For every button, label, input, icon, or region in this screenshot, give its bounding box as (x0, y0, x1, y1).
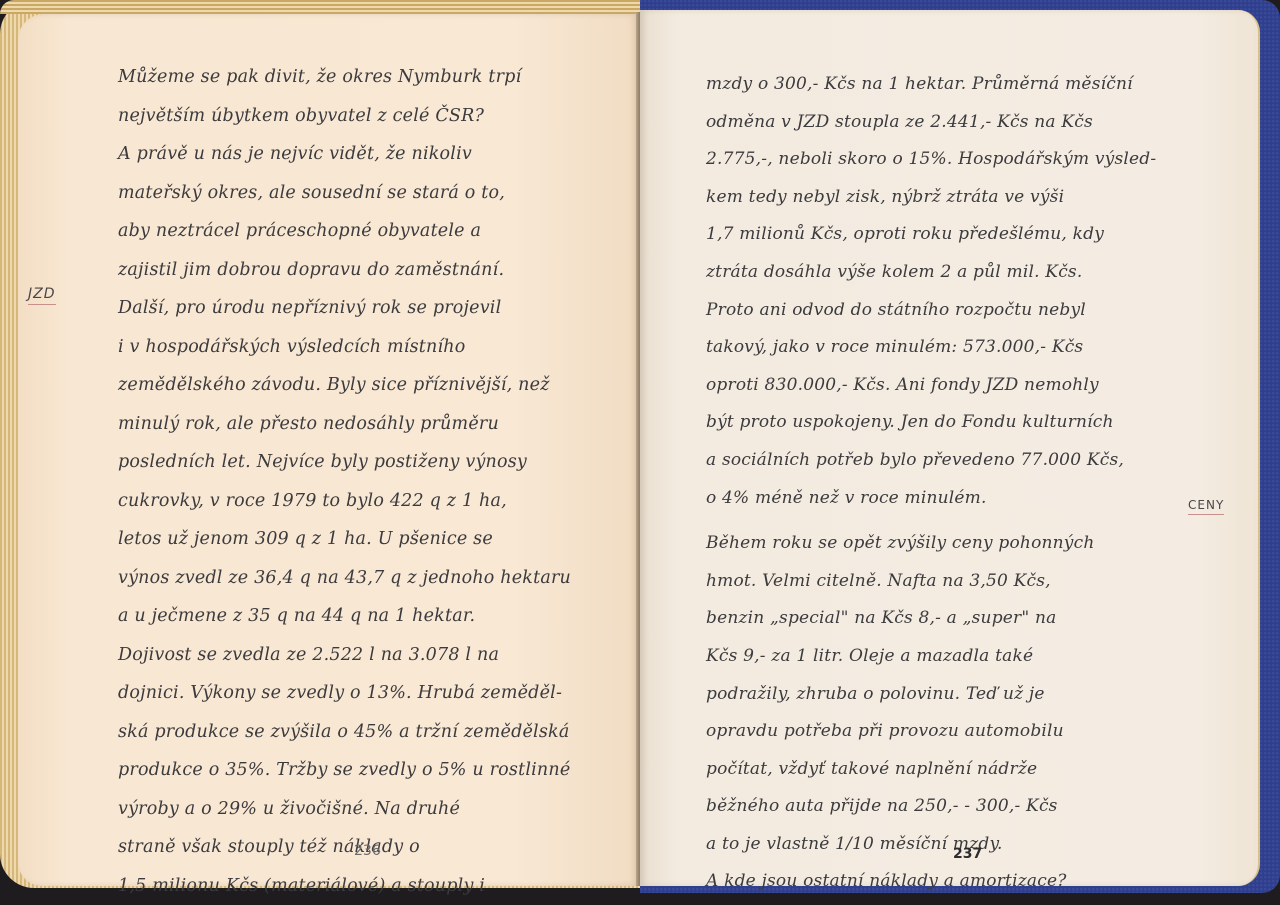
text-line: cukrovky, v roce 1979 to bylo 422 q z 1 … (118, 482, 638, 521)
text-line: i v hospodářských výsledcích místního (118, 328, 638, 367)
text-line: výnos zvedl ze 36,4 q na 43,7 q z jednoh… (118, 559, 638, 598)
margin-note-ceny: CENY (1188, 498, 1224, 515)
text-line: mzdy o 300,- Kčs na 1 hektar. Průměrná m… (706, 66, 1206, 104)
page-number-left: 236 (354, 843, 381, 859)
text-line: 2.775,-, neboli skoro o 15%. Hospodářský… (706, 141, 1206, 179)
text-line: a sociálních potřeb bylo převedeno 77.00… (706, 442, 1206, 480)
text-line: mateřský okres, ale sousední se stará o … (118, 174, 638, 213)
text-line: minulý rok, ale přesto nedosáhly průměru (118, 405, 638, 444)
right-page-text: mzdy o 300,- Kčs na 1 hektar. Průměrná m… (706, 66, 1206, 901)
text-line: Můžeme se pak divit, že okres Nymburk tr… (118, 58, 638, 97)
text-line: největším úbytkem obyvatel z celé ČSR? (118, 97, 638, 136)
margin-note-jzd: JZD (28, 286, 56, 305)
text-line: benzin „special" na Kčs 8,- a „super" na (706, 600, 1206, 638)
text-line: kem tedy nebyl zisk, nýbrž ztráta ve výš… (706, 179, 1206, 217)
text-line: posledních let. Nejvíce byly postiženy v… (118, 443, 638, 482)
text-line: dojnici. Výkony se zvedly o 13%. Hrubá z… (118, 674, 638, 713)
text-line: zemědělského závodu. Byly sice příznivěj… (118, 366, 638, 405)
text-line: zajistil jim dobrou dopravu do zaměstnán… (118, 251, 638, 290)
text-line: výroby a o 29% u živočišné. Na druhé (118, 790, 638, 829)
text-line: produkce o 35%. Tržby se zvedly o 5% u r… (118, 751, 638, 790)
page-edges-top (0, 0, 640, 14)
text-line: Během roku se opět zvýšily ceny pohonnýc… (706, 525, 1206, 563)
left-page-text: Můžeme se pak divit, že okres Nymburk tr… (118, 58, 638, 905)
text-line: takový, jako v roce minulém: 573.000,- K… (706, 329, 1206, 367)
text-line: a u ječmene z 35 q na 44 q na 1 hektar. (118, 597, 638, 636)
page-number-right: 237 (953, 846, 982, 862)
text-line: podražily, zhruba o polovinu. Teď už je (706, 676, 1206, 714)
text-line: Proto ani odvod do státního rozpočtu neb… (706, 292, 1206, 330)
text-line: Kčs 9,- za 1 litr. Oleje a mazadla také (706, 638, 1206, 676)
text-line: Další, pro úrodu nepříznivý rok se proje… (118, 289, 638, 328)
text-line: být proto uspokojeny. Jen do Fondu kultu… (706, 404, 1206, 442)
text-line: A právě u nás je nejvíc vidět, že nikoli… (118, 135, 638, 174)
text-line: Dojivost se zvedla ze 2.522 l na 3.078 l… (118, 636, 638, 675)
text-line: odměna v JZD stoupla ze 2.441,- Kčs na K… (706, 104, 1206, 142)
text-line: 1,7 milionů Kčs, oproti roku předešlému,… (706, 216, 1206, 254)
text-line: ztráta dosáhla výše kolem 2 a půl mil. K… (706, 254, 1206, 292)
text-line: oproti 830.000,- Kčs. Ani fondy JZD nemo… (706, 367, 1206, 405)
text-line: ská produkce se zvýšila o 45% a tržní ze… (118, 713, 638, 752)
text-line: hmot. Velmi citelně. Nafta na 3,50 Kčs, (706, 563, 1206, 601)
text-line: A kde jsou ostatní náklady a amortizace? (706, 863, 1206, 901)
text-line: počítat, vždyť takové naplnění nádrže (706, 751, 1206, 789)
text-line: 1,5 milionu Kčs (materiálové) a stouply … (118, 867, 638, 905)
text-line: o 4% méně než v roce minulém. (706, 480, 1206, 518)
text-line: běžného auta přijde na 250,- - 300,- Kčs (706, 788, 1206, 826)
text-line: letos už jenom 309 q z 1 ha. U pšenice s… (118, 520, 638, 559)
text-line: opravdu potřeba při provozu automobilu (706, 713, 1206, 751)
text-line: aby neztrácel práceschopné obyvatele a (118, 212, 638, 251)
